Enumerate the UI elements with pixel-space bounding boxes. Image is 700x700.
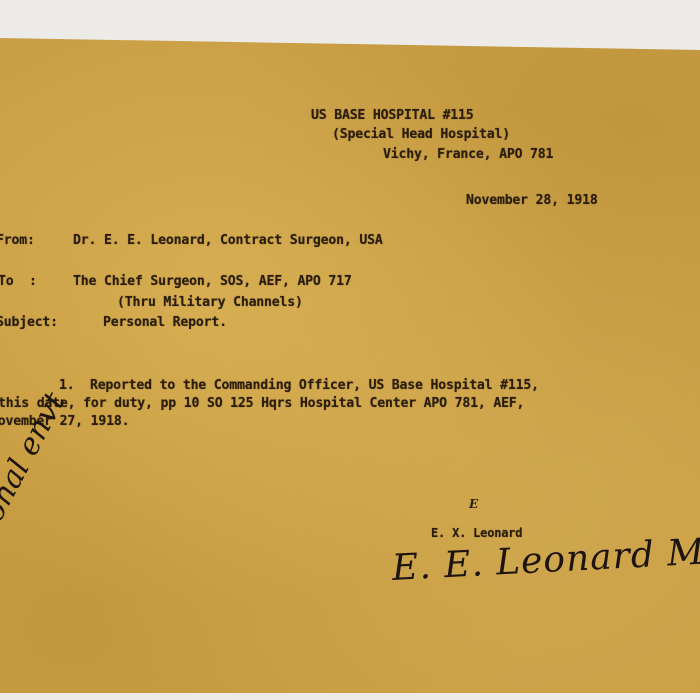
typed-signature-name: E. X. Leonard bbox=[431, 526, 522, 540]
body-paragraph-line-1: 1. Reported to the Commanding Officer, U… bbox=[59, 378, 539, 393]
body-paragraph-line-2: this date, for duty, pp 10 SO 125 Hqrs H… bbox=[0, 396, 524, 411]
from-value: Dr. E. E. Leonard, Contract Surgeon, USA bbox=[73, 233, 383, 248]
letterhead-line-3: Vichy, France, APO 781 bbox=[383, 147, 553, 162]
subject-label: Subject: bbox=[0, 315, 58, 330]
to-label: To : bbox=[0, 274, 37, 289]
letterhead-line-2: (Special Head Hospital) bbox=[332, 127, 510, 142]
from-label: From: bbox=[0, 233, 35, 248]
subject-value: Personal Report. bbox=[103, 315, 227, 330]
letter-date: November 28, 1918 bbox=[466, 193, 598, 208]
to-value-2: (Thru Military Channels) bbox=[117, 295, 303, 310]
to-value: The Chief Surgeon, SOS, AEF, APO 717 bbox=[73, 274, 352, 289]
letterhead-line-1: US BASE HOSPITAL #115 bbox=[311, 108, 474, 123]
handwritten-correction: E bbox=[469, 497, 478, 511]
